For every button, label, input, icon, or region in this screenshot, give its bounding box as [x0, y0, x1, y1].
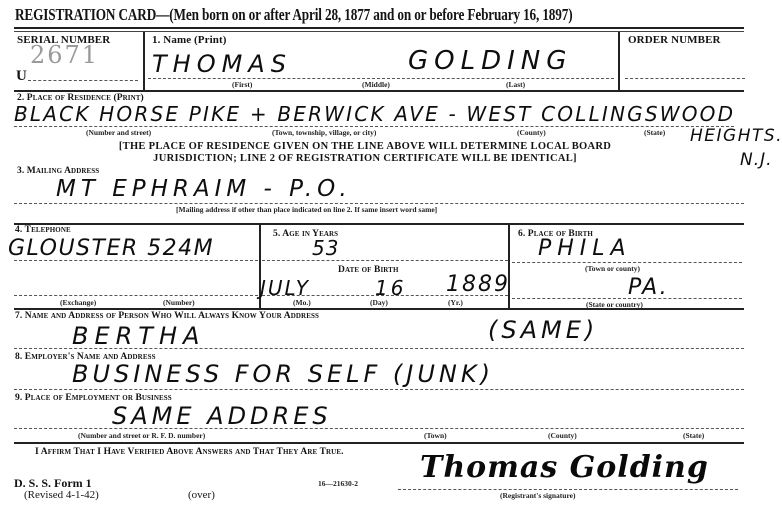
serial-number-value: 2671: [30, 41, 99, 69]
birth-year-caption: (Yr.): [448, 298, 463, 307]
affirmation-text: I Affirm That I Have Verified Above Answ…: [35, 447, 344, 457]
form-revised: (Revised 4-1-42): [24, 489, 99, 501]
row1-rule: [14, 90, 744, 92]
age-value: 53: [312, 236, 339, 260]
contact-person-label: 7. Name and Address of Person Who Will A…: [15, 311, 319, 321]
employment-caption-county: (County): [548, 431, 577, 440]
residence-continuation-2: N.J.: [740, 150, 773, 170]
serial-prefix: U: [16, 68, 27, 85]
name-label: 1. Name (Print): [152, 34, 227, 46]
residence-notice-1: [THE PLACE OF RESIDENCE GIVEN ON THE LIN…: [45, 141, 685, 152]
place-of-employment-line: [14, 428, 744, 429]
middle-caption: (Middle): [362, 80, 390, 89]
place-of-employment-value: SAME ADDRES: [112, 402, 332, 430]
birth-town-caption: (Town or county): [585, 264, 640, 273]
form-over: (over): [188, 489, 215, 501]
registrant-signature: Thomas Golding: [420, 450, 709, 485]
employer-value: BUSINESS FOR SELF (JUNK): [72, 360, 494, 388]
mailing-address-line: [14, 203, 744, 204]
serial-line: [28, 80, 138, 81]
order-divider: [618, 32, 620, 90]
title-rule: [14, 27, 744, 29]
residence-caption-state: (State): [644, 128, 665, 137]
birth-month-caption: (Mo.): [293, 298, 311, 307]
mailing-address-value: MT EPHRAIM - P.O.: [56, 176, 352, 202]
mailing-address-caption: [Mailing address if other than place ind…: [176, 205, 437, 214]
serial-divider: [143, 32, 145, 90]
residence-line: [14, 126, 734, 127]
age-divider: [508, 224, 510, 308]
age-line: [262, 260, 508, 261]
order-number-line: [625, 78, 745, 79]
contact-person-line: [14, 348, 744, 349]
signature-caption: (Registrant's signature): [500, 491, 575, 500]
birth-day-caption: (Day): [370, 298, 388, 307]
mailing-address-label: 3. Mailing Address: [17, 166, 99, 176]
telephone-line-2: [14, 295, 258, 296]
birth-year-value: 1889: [446, 272, 510, 297]
residence-continuation-1: HEIGHTS.: [690, 126, 782, 146]
birth-state-value: PA.: [628, 275, 669, 300]
date-of-birth-line: [262, 295, 508, 296]
birth-month-value: JULY: [260, 276, 310, 300]
birth-day-value: 16: [375, 276, 406, 300]
contact-person-address: (SAME): [488, 316, 598, 344]
row9-rule: [14, 442, 744, 444]
date-of-birth-label: Date of Birth: [338, 265, 399, 275]
first-caption: (First): [232, 80, 252, 89]
residence-caption-street: (Number and street): [86, 128, 151, 137]
residence-caption-county: (County): [517, 128, 546, 137]
last-caption: (Last): [506, 80, 525, 89]
employment-caption-street: (Number and street or R. F. D. number): [78, 431, 205, 440]
employment-caption-town: (Town): [424, 431, 447, 440]
order-number-label: ORDER NUMBER: [628, 34, 721, 46]
employment-caption-state: (State): [683, 431, 704, 440]
telephone-line-1: [14, 260, 258, 261]
residence-value: BLACK HORSE PIKE + BERWICK AVE - WEST CO…: [14, 102, 735, 126]
birth-town-value: PHILA: [538, 236, 632, 261]
first-name-value: THOMAS: [152, 50, 292, 78]
residence-notice-2: JURISDICTION; LINE 2 OF REGISTRATION CER…: [45, 153, 685, 164]
name-line: [148, 78, 614, 79]
card-title: REGISTRATION CARD—(Men born on or after …: [15, 5, 573, 25]
title-rule-thin: [14, 31, 744, 32]
signature-line: [398, 489, 738, 490]
telephone-number-caption: (Number): [163, 298, 195, 307]
print-code: 16—21630-2: [318, 479, 358, 488]
last-name-value: GOLDING: [408, 46, 572, 76]
residence-caption-town: (Town, township, village, or city): [272, 128, 376, 137]
telephone-exchange-caption: (Exchange): [60, 298, 96, 307]
employer-line: [14, 389, 744, 390]
row6-rule: [14, 308, 744, 310]
contact-person-name: BERTHA: [72, 322, 205, 350]
telephone-label: 4. Telephone: [15, 225, 71, 235]
telephone-value: GLOUSTER 524M: [8, 236, 214, 261]
row3-rule: [14, 223, 744, 225]
birth-state-line: [512, 298, 742, 299]
birth-town-line: [512, 262, 742, 263]
